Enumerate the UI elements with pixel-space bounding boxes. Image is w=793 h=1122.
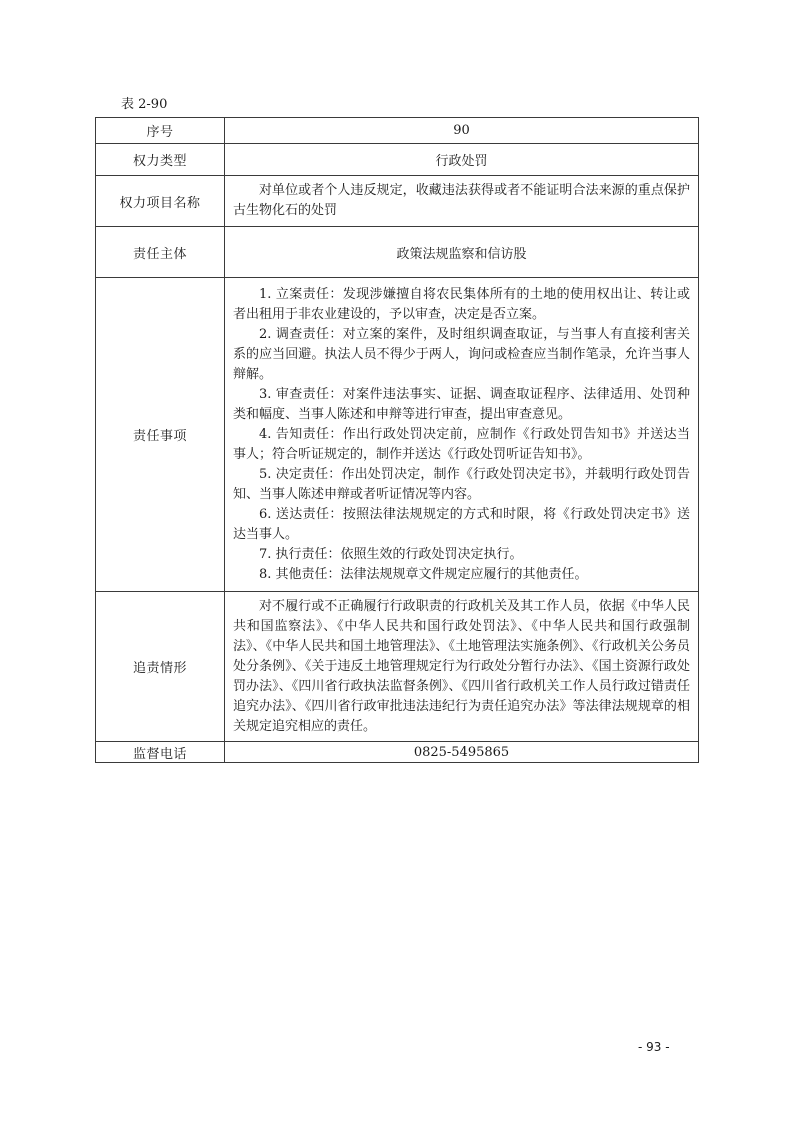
power-item-table: 序号 90 权力类型 行政处罚 权力项目名称 对单位或者个人违反规定，收藏违法获… — [95, 117, 699, 763]
power-type-value: 行政处罚 — [225, 144, 699, 176]
item-name-value: 对单位或者个人违反规定，收藏违法获得或者不能证明合法来源的重点保护古生物化石的处… — [225, 176, 699, 227]
table-row-power-type: 权力类型 行政处罚 — [96, 144, 699, 176]
responsibility-item: 1. 立案责任：发现涉嫌擅自将农民集体所有的土地的使用权出让、转让或者出租用于非… — [233, 285, 690, 325]
responsibility-item: 5. 决定责任：作出处罚决定，制作《行政处罚决定书》，并载明行政处罚告知、当事人… — [233, 465, 690, 505]
supervision-phone-label: 监督电话 — [96, 742, 225, 763]
item-name-label: 权力项目名称 — [96, 176, 225, 227]
table-row-accountability: 追责情形 对不履行或不正确履行行政职责的行政机关及其工作人员，依据《中华人民共和… — [96, 592, 699, 742]
power-type-label: 权力类型 — [96, 144, 225, 176]
table-row-supervision-phone: 监督电话 0825-5495865 — [96, 742, 699, 763]
page-number: - 93 - — [638, 1040, 670, 1054]
responsibilities-value: 1. 立案责任：发现涉嫌擅自将农民集体所有的土地的使用权出让、转让或者出租用于非… — [225, 278, 699, 592]
responsibility-item: 8. 其他责任：法律法规规章文件规定应履行的其他责任。 — [233, 565, 690, 585]
table-caption: 表 2-90 — [121, 97, 167, 113]
serial-value: 90 — [225, 118, 699, 144]
responsible-body-label: 责任主体 — [96, 227, 225, 278]
responsibilities-label: 责任事项 — [96, 278, 225, 592]
table-row-responsibilities: 责任事项 1. 立案责任：发现涉嫌擅自将农民集体所有的土地的使用权出让、转让或者… — [96, 278, 699, 592]
supervision-phone-value: 0825-5495865 — [225, 742, 699, 763]
serial-label: 序号 — [96, 118, 225, 144]
accountability-value: 对不履行或不正确履行行政职责的行政机关及其工作人员，依据《中华人民共和国监察法》… — [225, 592, 699, 742]
responsibility-item: 2. 调查责任：对立案的案件，及时组织调查取证，与当事人有直接利害关系的应当回避… — [233, 325, 690, 385]
table-row-item-name: 权力项目名称 对单位或者个人违反规定，收藏违法获得或者不能证明合法来源的重点保护… — [96, 176, 699, 227]
table-row-responsible-body: 责任主体 政策法规监察和信访股 — [96, 227, 699, 278]
table-row-serial: 序号 90 — [96, 118, 699, 144]
responsibility-item: 6. 送达责任：按照法律法规规定的方式和时限，将《行政处罚决定书》送达当事人。 — [233, 505, 690, 545]
responsibility-item: 3. 审查责任：对案件违法事实、证据、调查取证程序、法律适用、处罚种类和幅度、当… — [233, 385, 690, 425]
responsibility-item: 7. 执行责任：依照生效的行政处罚决定执行。 — [233, 545, 690, 565]
responsibility-item: 4. 告知责任：作出行政处罚决定前，应制作《行政处罚告知书》并送达当事人；符合听… — [233, 425, 690, 465]
accountability-label: 追责情形 — [96, 592, 225, 742]
responsible-body-value: 政策法规监察和信访股 — [225, 227, 699, 278]
accountability-text: 对不履行或不正确履行行政职责的行政机关及其工作人员，依据《中华人民共和国监察法》… — [233, 597, 690, 737]
item-name-text: 对单位或者个人违反规定，收藏违法获得或者不能证明合法来源的重点保护古生物化石的处… — [233, 181, 690, 221]
